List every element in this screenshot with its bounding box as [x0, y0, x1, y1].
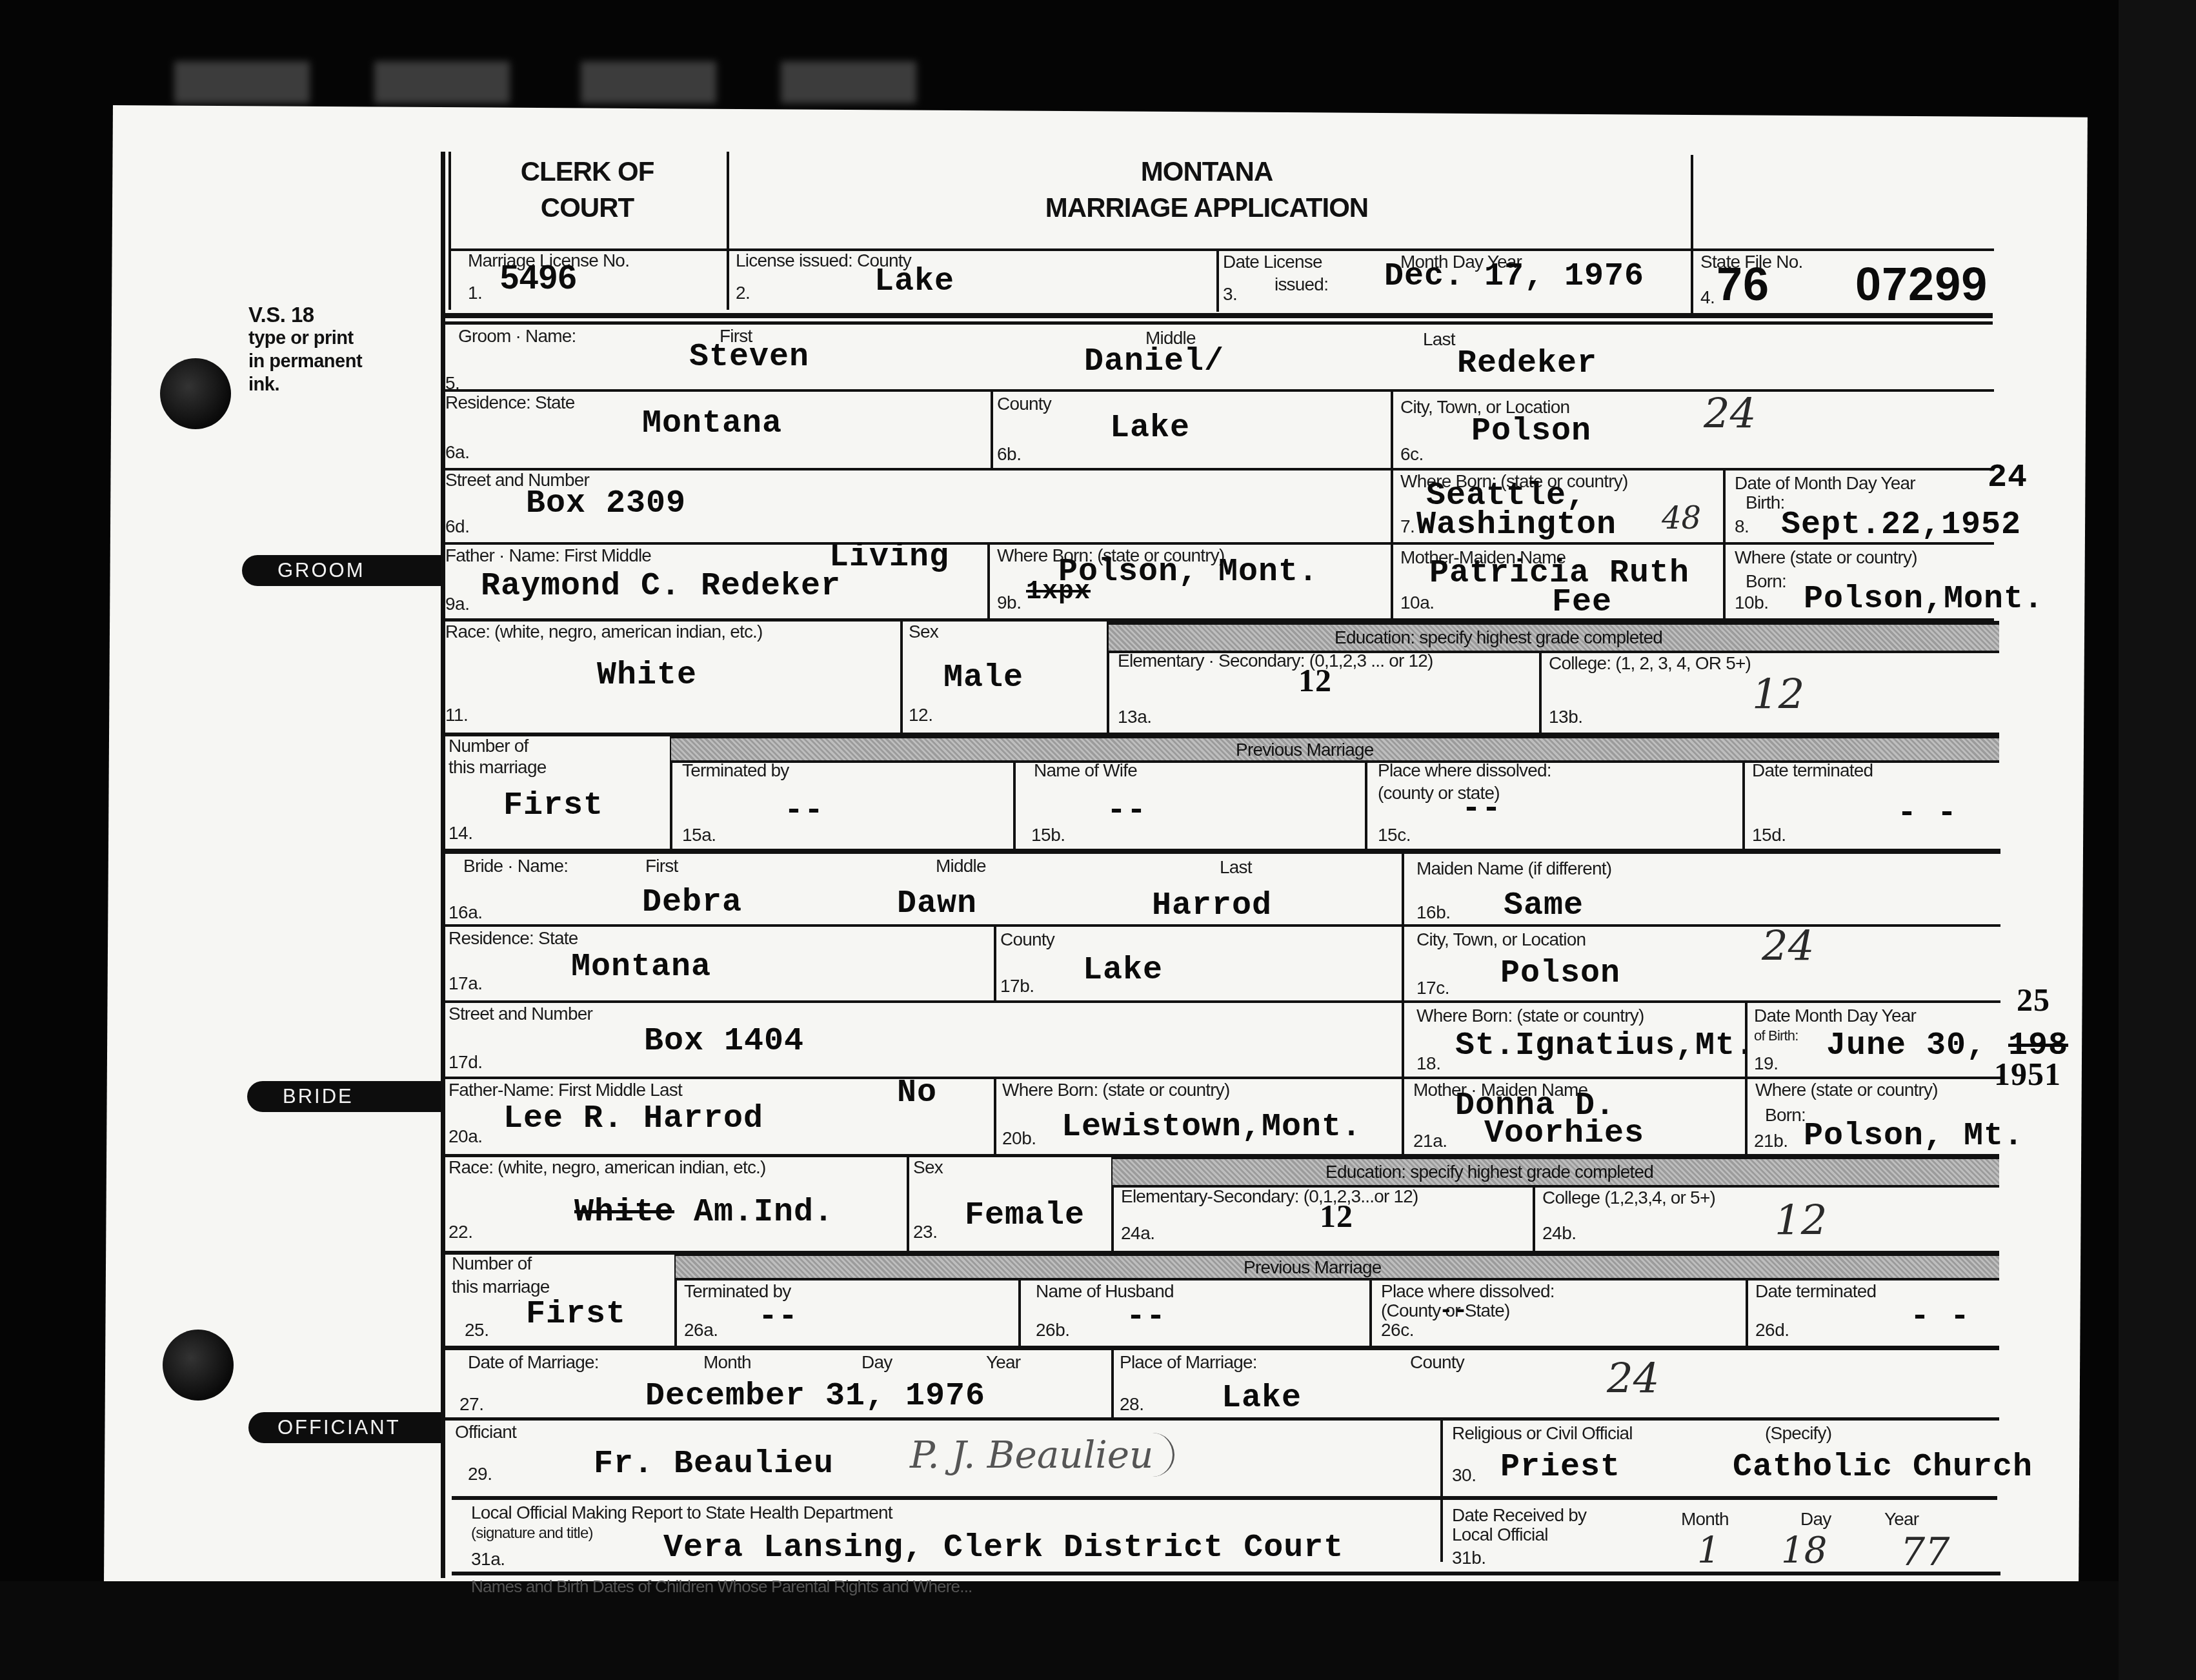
- section-tab-officiant: OFFICIANT: [248, 1412, 445, 1443]
- instruction-line: type or print: [248, 327, 362, 350]
- divider: [1111, 1349, 1114, 1419]
- divider: [1539, 652, 1542, 736]
- handwritten-annotation: 24: [1988, 460, 2028, 496]
- form-instructions: V.S. 18 type or print in permanent ink.: [248, 303, 362, 396]
- license-no-value: 5496: [500, 258, 578, 297]
- instruction-line: in permanent: [248, 350, 362, 373]
- divider: [445, 389, 1994, 392]
- agency-label: CLERK OF COURT: [452, 154, 723, 226]
- education-header: Education: specify highest grade complet…: [1109, 621, 1999, 653]
- divider: [727, 152, 729, 310]
- divider: [1013, 762, 1016, 851]
- divider: [445, 542, 1994, 545]
- divider: [448, 152, 451, 310]
- divider: [1691, 155, 1693, 313]
- handwritten-annotation: 24: [1607, 1355, 1659, 1403]
- handwritten-value: 12: [1775, 1197, 1827, 1245]
- divider: [1391, 469, 1393, 547]
- previous-marriage-header: Previous Marriage: [671, 734, 1999, 763]
- divider: [1391, 390, 1393, 468]
- form-code: V.S. 18: [248, 303, 362, 327]
- divider: [1723, 469, 1726, 547]
- divider: [1723, 543, 1726, 620]
- scan-artifact: [174, 61, 310, 103]
- divider: [907, 1155, 909, 1257]
- scan-right-edge: [2119, 0, 2196, 1680]
- divider: [1018, 1279, 1021, 1348]
- handwritten-value: 18: [1781, 1530, 1827, 1572]
- father-living-status: No: [897, 1075, 937, 1111]
- divider: [445, 1417, 1999, 1421]
- divider: [445, 1000, 2000, 1003]
- divider: [441, 313, 1993, 318]
- divider: [1369, 1279, 1372, 1348]
- divider: [1365, 762, 1367, 851]
- divider: [994, 926, 996, 1000]
- divider: [900, 620, 903, 736]
- struck-text: White: [574, 1194, 674, 1231]
- handwritten-value: 77: [1900, 1530, 1949, 1575]
- divider: [1742, 762, 1745, 851]
- divider: [452, 1496, 1997, 1500]
- divider: [994, 1078, 996, 1155]
- handwritten-annotation: 48: [1662, 500, 1701, 536]
- divider: [445, 1077, 2000, 1079]
- divider: [1402, 1002, 1404, 1078]
- father-living-status: Living: [829, 539, 949, 576]
- handwritten-value: 1: [1697, 1530, 1720, 1572]
- scan-bottom-edge: [0, 1581, 2196, 1680]
- divider: [441, 321, 1993, 325]
- divider: [987, 543, 990, 620]
- divider: [445, 1346, 1999, 1350]
- officiant-signature: P. J. Beaulieu: [910, 1433, 1174, 1477]
- divider: [1745, 1002, 1748, 1078]
- handwritten-annotation: 25: [2017, 981, 2050, 1018]
- divider: [1440, 1419, 1443, 1562]
- scan-artifact: [374, 61, 510, 103]
- divider: [1402, 852, 1404, 924]
- section-tab-groom: GROOM: [242, 555, 445, 586]
- page-title: MONTANA MARRIAGE APPLICATION: [968, 154, 1446, 226]
- handwritten-annotation: 24: [1704, 390, 1756, 438]
- form-frame-left: [441, 152, 445, 1578]
- divider: [445, 468, 1994, 471]
- divider: [1746, 1279, 1748, 1348]
- divider: [452, 1572, 2000, 1575]
- divider: [445, 849, 2000, 854]
- previous-marriage-header: Previous Marriage: [676, 1252, 1999, 1280]
- divider: [1533, 1186, 1535, 1257]
- footer-cutoff-text: Names and Birth Dates of Children Whose …: [471, 1577, 972, 1597]
- punch-hole-icon: [163, 1330, 234, 1401]
- divider: [1402, 926, 1404, 1000]
- education-header: Education: specify highest grade complet…: [1113, 1155, 1999, 1188]
- divider: [448, 248, 1994, 251]
- scan-artifact: [781, 61, 916, 103]
- punch-hole-icon: [160, 358, 231, 429]
- scan-artifact: [581, 61, 716, 103]
- divider: [1745, 1078, 1748, 1155]
- handwritten-value: 12: [1752, 671, 1804, 719]
- divider: [991, 390, 993, 468]
- struck-text: 1xpx: [1026, 578, 1091, 607]
- divider: [1402, 1078, 1404, 1155]
- handwritten-annotation: 24: [1762, 923, 1814, 971]
- section-tab-bride: BRIDE: [247, 1081, 445, 1112]
- instruction-line: ink.: [248, 373, 362, 396]
- divider: [1216, 250, 1219, 312]
- divider: [1391, 543, 1393, 620]
